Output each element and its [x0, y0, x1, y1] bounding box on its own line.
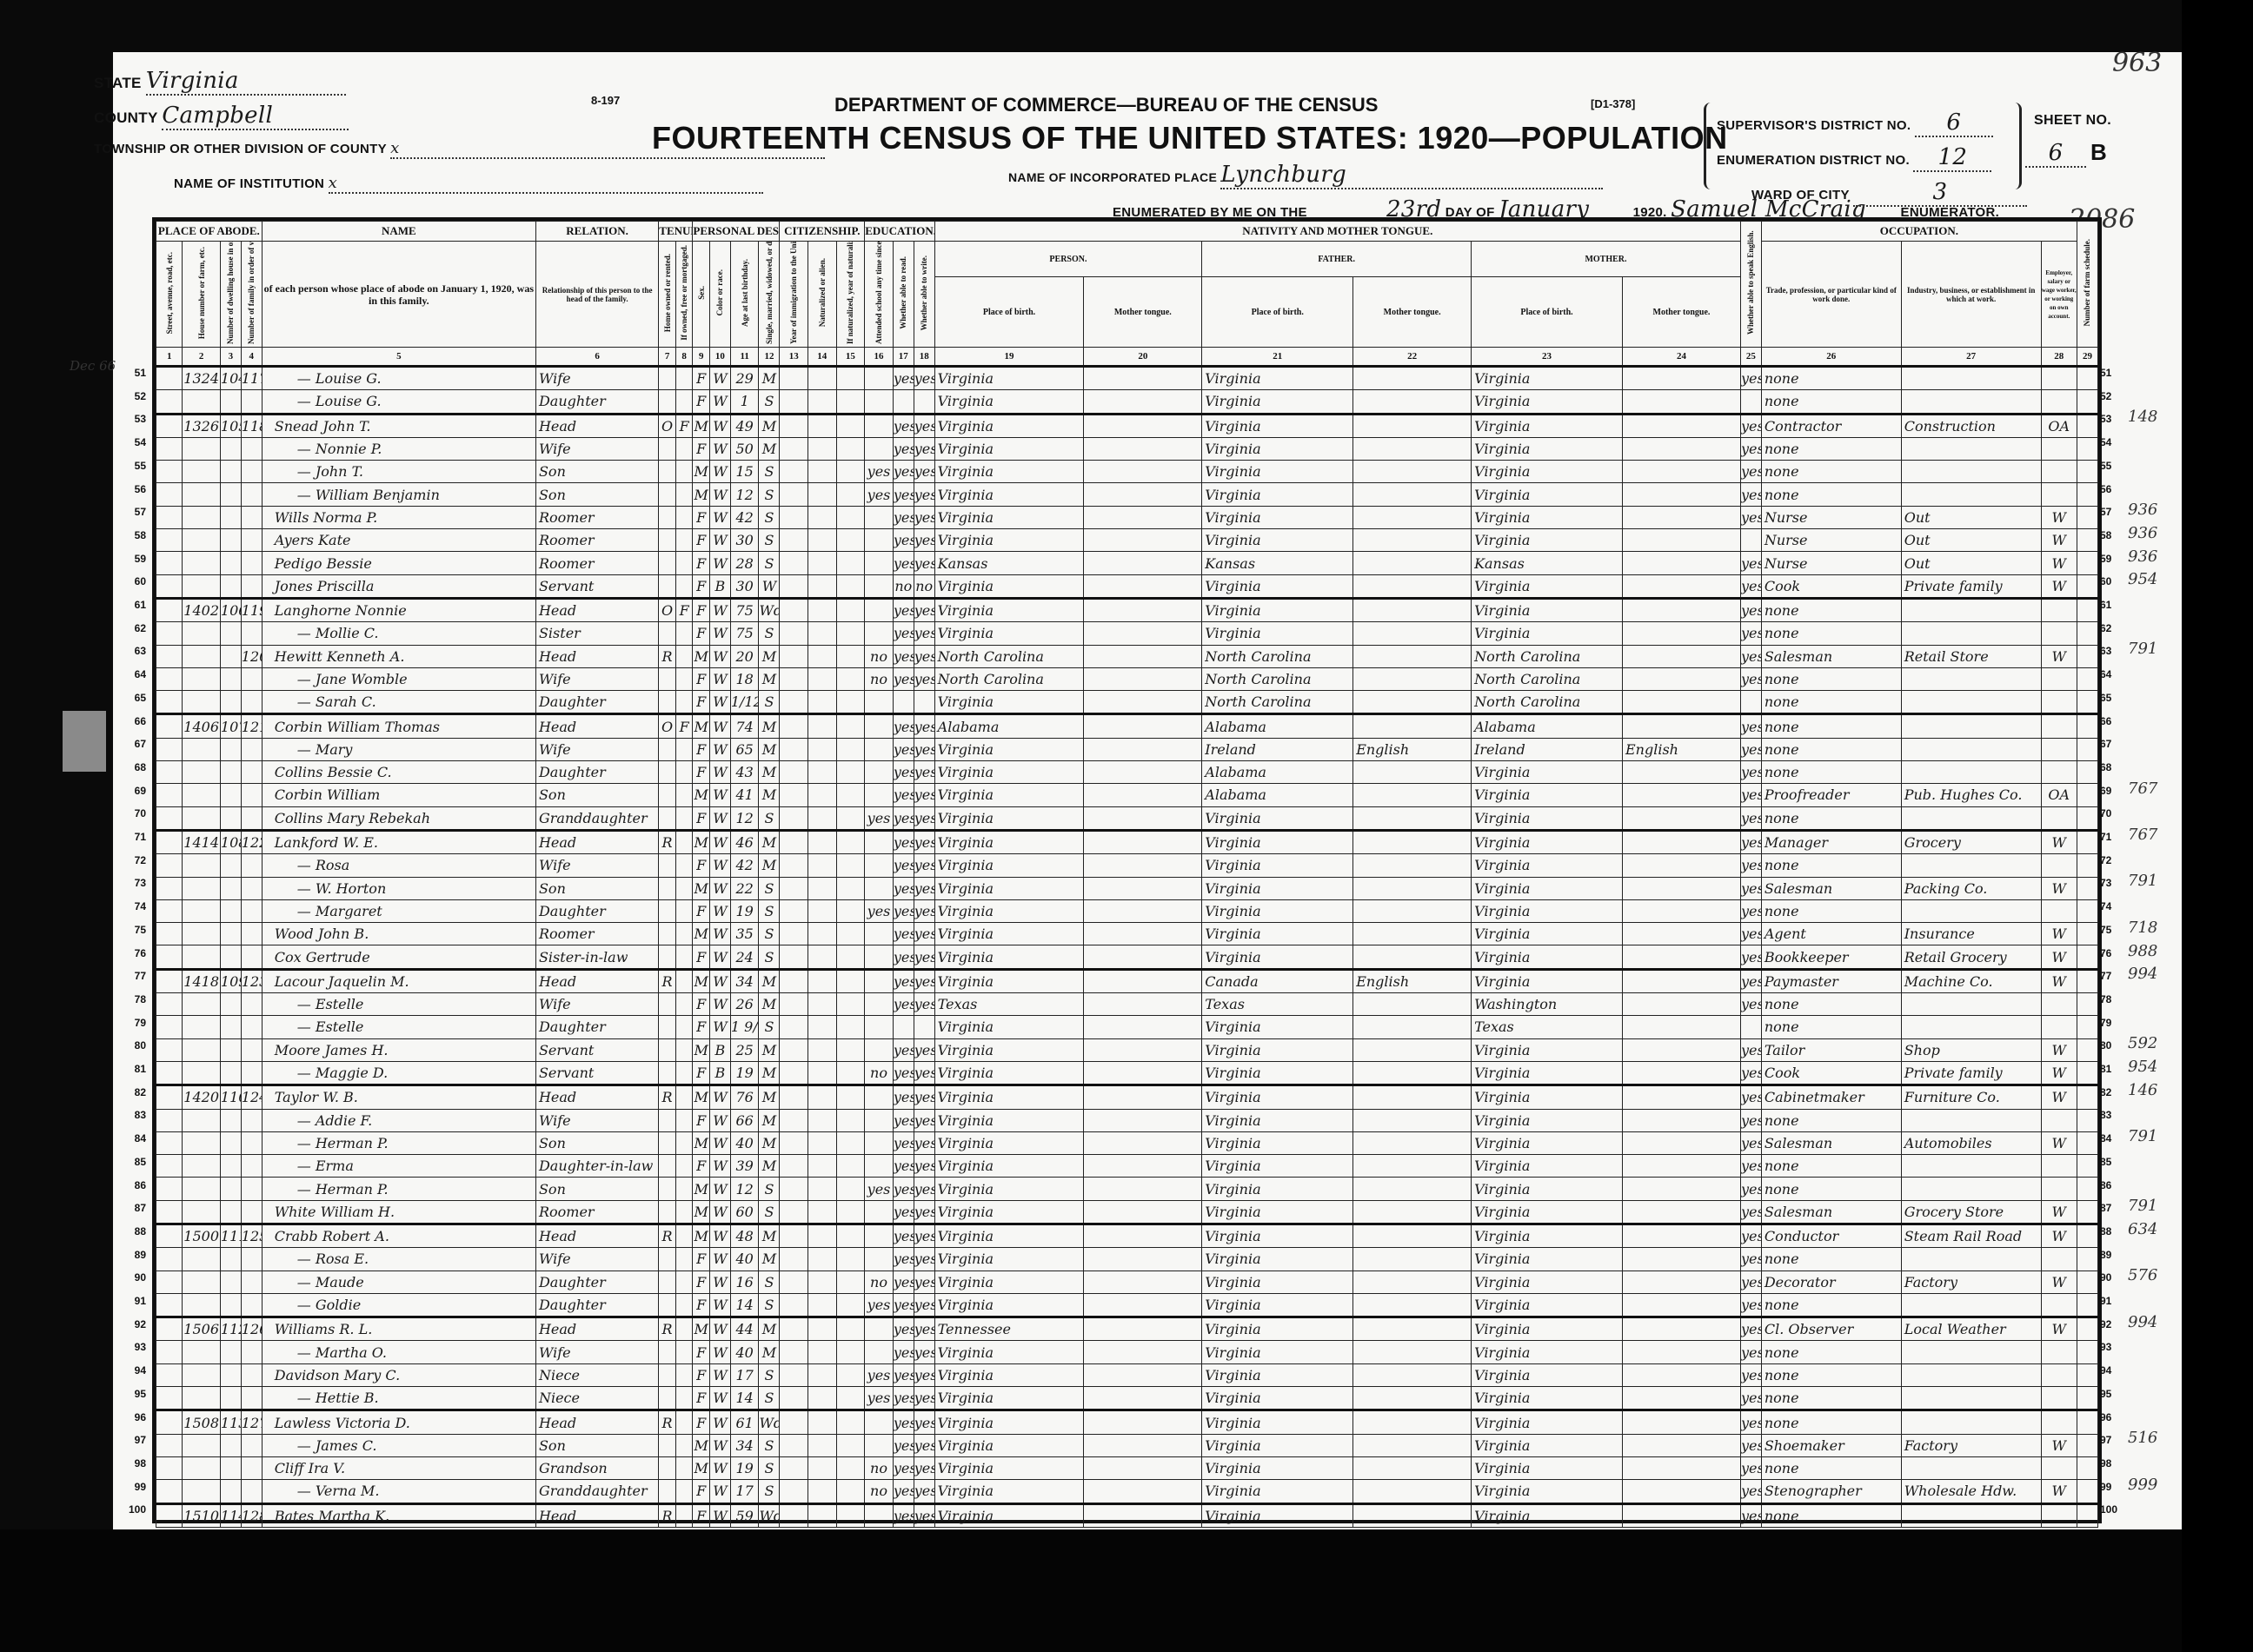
cell-race: W — [709, 552, 730, 574]
cell-street — [156, 1016, 183, 1038]
cell-mother-tongue-p — [1084, 506, 1202, 528]
cell-write: yes — [914, 1038, 934, 1061]
cell-imm — [780, 367, 808, 390]
cell-father-tongue — [1353, 784, 1472, 806]
cell-race: W — [709, 691, 730, 714]
cell-sex: M — [693, 830, 710, 853]
cell-sex: F — [693, 667, 710, 690]
cell-relation: Daughter — [535, 390, 658, 414]
cell-read: yes — [893, 1061, 914, 1085]
cell-marital: M — [759, 1317, 780, 1341]
line-number-right: 84 — [2100, 1132, 2126, 1144]
cell-age: 18 — [730, 667, 759, 690]
cell-own — [659, 877, 676, 899]
cell-family — [241, 390, 262, 414]
cell-marital: S — [759, 1387, 780, 1410]
cell-street — [156, 645, 183, 667]
cell-dwelling — [220, 923, 241, 945]
cell-trade: Bookkeeper — [1761, 945, 1901, 969]
cell-house — [183, 1456, 220, 1479]
cell-age: 44 — [730, 1317, 759, 1341]
cell-marital: M — [759, 1131, 780, 1154]
cell-street — [156, 969, 183, 992]
cell-relation: Son — [535, 1434, 658, 1456]
cell-dwelling: 110 — [220, 1085, 241, 1109]
cell-dwelling: 111 — [220, 1224, 241, 1247]
cell-industry — [1901, 483, 2041, 506]
cell-write: yes — [914, 1434, 934, 1456]
cell-family — [241, 1200, 262, 1224]
cell-english: yes — [1740, 574, 1761, 598]
cell-family — [241, 1248, 262, 1271]
cell-farm — [2077, 414, 2097, 437]
cell-natyr — [836, 993, 865, 1016]
cell-family — [241, 1038, 262, 1061]
cell-natyr — [836, 1061, 865, 1085]
cell-marital: S — [759, 461, 780, 483]
cell-father-tongue — [1353, 761, 1472, 784]
cell-mother-tongue-p — [1084, 877, 1202, 899]
sheet-label: SHEET NO. — [2034, 113, 2111, 129]
cell-school: no — [865, 1456, 894, 1479]
line-number-right: 68 — [2100, 761, 2126, 773]
line-number-right: 99 — [2100, 1481, 2126, 1493]
cell-family: 123 — [241, 969, 262, 992]
cell-class: W — [2041, 1131, 2077, 1154]
cell-house — [183, 923, 220, 945]
cell-school — [865, 1248, 894, 1271]
cell-english: yes — [1740, 993, 1761, 1016]
cell-mother-tongue — [1622, 1155, 1740, 1178]
cell-read: yes — [893, 1363, 914, 1386]
cell-natyr — [836, 1317, 865, 1341]
cell-street — [156, 1248, 183, 1271]
cell-mother-tongue — [1622, 945, 1740, 969]
cell-imm — [780, 645, 808, 667]
cell-name: — John T. — [262, 461, 535, 483]
line-number-left: 58 — [120, 529, 146, 541]
cell-english: yes — [1740, 969, 1761, 992]
cell-mother-tongue-p — [1084, 714, 1202, 738]
cell-race: W — [709, 784, 730, 806]
cell-industry — [1901, 1178, 2041, 1200]
cell-free: F — [675, 598, 693, 621]
cell-mother-tongue-p — [1084, 1363, 1202, 1386]
cell-natyr — [836, 806, 865, 830]
cell-marital: S — [759, 529, 780, 552]
cell-family: 119 — [241, 598, 262, 621]
cell-age: 76 — [730, 1085, 759, 1109]
cell-dwelling — [220, 1363, 241, 1386]
cell-sex: M — [693, 1317, 710, 1341]
cell-industry — [1901, 1016, 2041, 1038]
cell-birth: Virginia — [934, 1131, 1084, 1154]
cell-own — [659, 1131, 676, 1154]
cell-class: W — [2041, 969, 2077, 992]
cell-family — [241, 784, 262, 806]
cell-trade: none — [1761, 437, 1901, 460]
line-number-right: 71 — [2100, 831, 2126, 843]
line-number-right: 92 — [2100, 1318, 2126, 1330]
cell-marital: S — [759, 1016, 780, 1038]
cell-father-birth: Virginia — [1202, 1109, 1353, 1131]
cell-natyr — [836, 367, 865, 390]
form-number: 8-197 — [591, 94, 620, 107]
cell-industry: Steam Rail Road — [1901, 1224, 2041, 1247]
cell-imm — [780, 899, 808, 922]
occupation-code: 516 — [2128, 1429, 2157, 1447]
cell-school — [865, 761, 894, 784]
table-row: — William BenjaminSonMW12SyesyesyesVirgi… — [156, 483, 2098, 506]
column-number: 16 — [865, 348, 894, 367]
census-sheet: STATE Virginia COUNTY Campbell TOWNSHIP … — [113, 52, 2182, 1529]
cell-write: yes — [914, 529, 934, 552]
cell-street — [156, 1224, 183, 1247]
cell-sex: F — [693, 506, 710, 528]
cell-mother-tongue-p — [1084, 1456, 1202, 1479]
cell-trade: none — [1761, 461, 1901, 483]
cell-nat — [808, 414, 837, 437]
cell-own: R — [659, 1085, 676, 1109]
cell-name: Wills Norma P. — [262, 506, 535, 528]
cell-imm — [780, 1480, 808, 1503]
cell-father-birth: Alabama — [1202, 784, 1353, 806]
cell-write: yes — [914, 414, 934, 437]
cell-imm — [780, 1016, 808, 1038]
cell-marital: M — [759, 1248, 780, 1271]
cell-school: no — [865, 1480, 894, 1503]
cell-house — [183, 1248, 220, 1271]
cell-imm — [780, 1109, 808, 1131]
cell-family — [241, 1341, 262, 1363]
cell-read: yes — [893, 899, 914, 922]
cell-sex: F — [693, 854, 710, 877]
table-row: Collins Mary RebekahGranddaughterFW12Sye… — [156, 806, 2098, 830]
cell-name: — Herman P. — [262, 1131, 535, 1154]
cell-age: 74 — [730, 714, 759, 738]
cell-birth: Virginia — [934, 1410, 1084, 1434]
line-number-left: 71 — [120, 831, 146, 843]
cell-dwelling — [220, 1016, 241, 1038]
cell-trade: none — [1761, 1503, 1901, 1527]
cell-name: — Louise G. — [262, 367, 535, 390]
cell-natyr — [836, 506, 865, 528]
cell-sex: F — [693, 761, 710, 784]
cell-mother-tongue — [1622, 1341, 1740, 1363]
cell-mother-tongue-p — [1084, 529, 1202, 552]
cell-race: W — [709, 414, 730, 437]
cell-mother-tongue-p — [1084, 437, 1202, 460]
cell-school — [865, 1410, 894, 1434]
cell-father-tongue — [1353, 483, 1472, 506]
cell-trade: Shoemaker — [1761, 1434, 1901, 1456]
cell-free — [675, 1317, 693, 1341]
cell-family — [241, 923, 262, 945]
cell-natyr — [836, 1434, 865, 1456]
cell-race: W — [709, 483, 730, 506]
cell-write: yes — [914, 1224, 934, 1247]
cell-mother-tongue — [1622, 1363, 1740, 1386]
cell-father-birth: Virginia — [1202, 1131, 1353, 1154]
place-label: NAME OF INCORPORATED PLACE — [1008, 170, 1217, 184]
cell-street — [156, 1293, 183, 1317]
cell-imm — [780, 598, 808, 621]
cell-read — [893, 691, 914, 714]
census-table: PLACE OF ABODE. NAME RELATION. TENURE. P… — [152, 217, 2102, 1523]
cell-mother-tongue — [1622, 552, 1740, 574]
cell-industry: Out — [1901, 506, 2041, 528]
cell-own — [659, 1248, 676, 1271]
cell-free — [675, 969, 693, 992]
cell-father-tongue — [1353, 414, 1472, 437]
cell-class: W — [2041, 1200, 2077, 1224]
cell-nat — [808, 1410, 837, 1434]
cell-nat — [808, 830, 837, 853]
cell-read: yes — [893, 784, 914, 806]
cell-nat — [808, 552, 837, 574]
cell-name: Snead John T. — [262, 414, 535, 437]
cell-class — [2041, 622, 2077, 645]
cell-father-tongue — [1353, 461, 1472, 483]
cell-class: W — [2041, 506, 2077, 528]
cell-free — [675, 738, 693, 760]
cell-house — [183, 483, 220, 506]
cell-father-tongue — [1353, 1271, 1472, 1293]
cell-english: yes — [1740, 1410, 1761, 1434]
cell-mother-tongue — [1622, 993, 1740, 1016]
cell-father-tongue — [1353, 1410, 1472, 1434]
line-number-right: 75 — [2100, 924, 2126, 936]
cell-sex: F — [693, 1341, 710, 1363]
cell-father-birth: North Carolina — [1202, 645, 1353, 667]
line-number-right: 52 — [2100, 390, 2126, 402]
line-number-right: 82 — [2100, 1086, 2126, 1098]
header-name-desc: of each person whose place of abode on J… — [262, 242, 535, 348]
cell-imm — [780, 1317, 808, 1341]
cell-farm — [2077, 506, 2097, 528]
cell-father-tongue — [1353, 993, 1472, 1016]
cell-nat — [808, 461, 837, 483]
occupation-code: 576 — [2128, 1266, 2157, 1284]
cell-trade: Contractor — [1761, 414, 1901, 437]
cell-father-tongue — [1353, 1038, 1472, 1061]
cell-trade: none — [1761, 1016, 1901, 1038]
cell-read: yes — [893, 667, 914, 690]
cell-father-tongue — [1353, 506, 1472, 528]
cell-industry: Factory — [1901, 1434, 2041, 1456]
table-row: — Mollie C.SisterFW75SyesyesVirginiaVirg… — [156, 622, 2098, 645]
cell-mother-tongue — [1622, 969, 1740, 992]
cell-dwelling — [220, 1341, 241, 1363]
cell-race: W — [709, 1341, 730, 1363]
cell-birth: Virginia — [934, 1109, 1084, 1131]
cell-street — [156, 830, 183, 853]
cell-race: W — [709, 1178, 730, 1200]
cell-mother-birth: Virginia — [1472, 969, 1623, 992]
cell-imm — [780, 923, 808, 945]
cell-free — [675, 1248, 693, 1271]
cell-name: — Hettie B. — [262, 1387, 535, 1410]
cell-read: yes — [893, 993, 914, 1016]
cell-marital: M — [759, 830, 780, 853]
cell-mother-birth: Virginia — [1472, 1271, 1623, 1293]
corner-number: 963 — [2112, 48, 2162, 78]
cell-own — [659, 529, 676, 552]
cell-family — [241, 738, 262, 760]
cell-mother-tongue-p — [1084, 1155, 1202, 1178]
cell-house — [183, 1155, 220, 1178]
line-number-left: 92 — [120, 1318, 146, 1330]
line-number-left: 62 — [120, 622, 146, 634]
sheet-number: 6 — [2025, 140, 2086, 168]
table-row: — James C.SonMW34SyesyesVirginiaVirginia… — [156, 1434, 2098, 1456]
cell-street — [156, 461, 183, 483]
cell-farm — [2077, 1224, 2097, 1247]
cell-farm — [2077, 461, 2097, 483]
line-number-left: 65 — [120, 692, 146, 704]
cell-street — [156, 761, 183, 784]
cell-sex: F — [693, 993, 710, 1016]
line-number-left: 78 — [120, 993, 146, 1005]
cell-relation: Granddaughter — [535, 806, 658, 830]
cell-marital: S — [759, 1293, 780, 1317]
cell-father-tongue — [1353, 645, 1472, 667]
table-row: 1506112126Williams R. L.HeadRMW44Myesyes… — [156, 1317, 2098, 1341]
cell-farm — [2077, 437, 2097, 460]
header-nativity: NATIVITY AND MOTHER TONGUE. — [934, 222, 1740, 242]
cell-marital: S — [759, 483, 780, 506]
cell-age: 40 — [730, 1341, 759, 1363]
cell-natyr — [836, 1271, 865, 1293]
cell-father-tongue: English — [1353, 738, 1472, 760]
cell-own — [659, 1271, 676, 1293]
cell-industry — [1901, 1387, 2041, 1410]
cell-industry — [1901, 761, 2041, 784]
cell-read: yes — [893, 1224, 914, 1247]
cell-class — [2041, 1456, 2077, 1479]
cell-trade: none — [1761, 1155, 1901, 1178]
cell-write: yes — [914, 1503, 934, 1527]
cell-industry — [1901, 714, 2041, 738]
cell-imm — [780, 483, 808, 506]
cell-street — [156, 993, 183, 1016]
line-number-right: 61 — [2100, 599, 2126, 611]
cell-marital: S — [759, 691, 780, 714]
header-col13: Year of immigration to the United States… — [780, 242, 808, 348]
cell-own — [659, 784, 676, 806]
cell-father-tongue — [1353, 1016, 1472, 1038]
state-value: Virginia — [146, 68, 346, 96]
cell-school — [865, 1109, 894, 1131]
cell-mother-tongue-p — [1084, 483, 1202, 506]
cell-read: yes — [893, 1131, 914, 1154]
cell-english: yes — [1740, 1248, 1761, 1271]
cell-age: 39 — [730, 1155, 759, 1178]
cell-industry: Retail Grocery — [1901, 945, 2041, 969]
table-row: Moore James H.ServantMB25MyesyesVirginia… — [156, 1038, 2098, 1061]
cell-race: W — [709, 645, 730, 667]
occupation-code: 988 — [2128, 942, 2157, 960]
cell-free — [675, 574, 693, 598]
cell-write: yes — [914, 830, 934, 853]
cell-age: 1/12 — [730, 691, 759, 714]
cell-free — [675, 1155, 693, 1178]
cell-free — [675, 784, 693, 806]
cell-sex: M — [693, 784, 710, 806]
cell-natyr — [836, 1085, 865, 1109]
cell-relation: Wife — [535, 1109, 658, 1131]
cell-mother-birth: Virginia — [1472, 367, 1623, 390]
cell-write: yes — [914, 667, 934, 690]
column-number: 3 — [220, 348, 241, 367]
cell-dwelling — [220, 1293, 241, 1317]
cell-father-tongue — [1353, 1341, 1472, 1363]
cell-street — [156, 784, 183, 806]
table-row: Jones PriscillaServantFB30WnonoVirginiaV… — [156, 574, 2098, 598]
cell-industry — [1901, 1363, 2041, 1386]
cell-nat — [808, 969, 837, 992]
cell-read — [893, 390, 914, 414]
cell-mother-tongue-p — [1084, 552, 1202, 574]
cell-age: 12 — [730, 806, 759, 830]
cell-family — [241, 1109, 262, 1131]
cell-marital: M — [759, 784, 780, 806]
cell-mother-tongue — [1622, 761, 1740, 784]
cell-natyr — [836, 1131, 865, 1154]
line-number-right: 70 — [2100, 807, 2126, 819]
cell-imm — [780, 854, 808, 877]
cell-class — [2041, 1155, 2077, 1178]
line-number-left: 67 — [120, 738, 146, 750]
cell-free — [675, 1038, 693, 1061]
cell-natyr — [836, 622, 865, 645]
cell-father-tongue — [1353, 1456, 1472, 1479]
occupation-code: 634 — [2128, 1220, 2157, 1238]
cell-imm — [780, 1387, 808, 1410]
cell-mother-tongue-p — [1084, 1480, 1202, 1503]
cell-dwelling: 105 — [220, 414, 241, 437]
cell-name: — Estelle — [262, 1016, 535, 1038]
cell-natyr — [836, 461, 865, 483]
table-row: — Louise G.DaughterFW1SVirginiaVirginiaV… — [156, 390, 2098, 414]
cell-trade: Nurse — [1761, 529, 1901, 552]
cell-father-birth: Virginia — [1202, 1317, 1353, 1341]
cell-read: yes — [893, 1456, 914, 1479]
cell-nat — [808, 574, 837, 598]
cell-own: R — [659, 645, 676, 667]
cell-nat — [808, 1434, 837, 1456]
cell-relation: Wife — [535, 1248, 658, 1271]
cell-father-tongue — [1353, 1061, 1472, 1085]
cell-birth: Virginia — [934, 761, 1084, 784]
header-col11: Age at last birthday. — [730, 242, 759, 348]
column-number: 18 — [914, 348, 934, 367]
cell-dwelling — [220, 1038, 241, 1061]
cell-age: 42 — [730, 506, 759, 528]
cell-nat — [808, 437, 837, 460]
cell-farm — [2077, 1131, 2097, 1154]
cell-relation: Grandson — [535, 1456, 658, 1479]
occupation-code: 791 — [2128, 640, 2157, 658]
cell-school — [865, 437, 894, 460]
cell-imm — [780, 1085, 808, 1109]
column-number: 29 — [2077, 348, 2097, 367]
cell-race: W — [709, 437, 730, 460]
cell-class: W — [2041, 645, 2077, 667]
cell-marital: S — [759, 1200, 780, 1224]
cell-trade: Stenographer — [1761, 1480, 1901, 1503]
header-person-tongue: Mother tongue. — [1084, 277, 1202, 348]
